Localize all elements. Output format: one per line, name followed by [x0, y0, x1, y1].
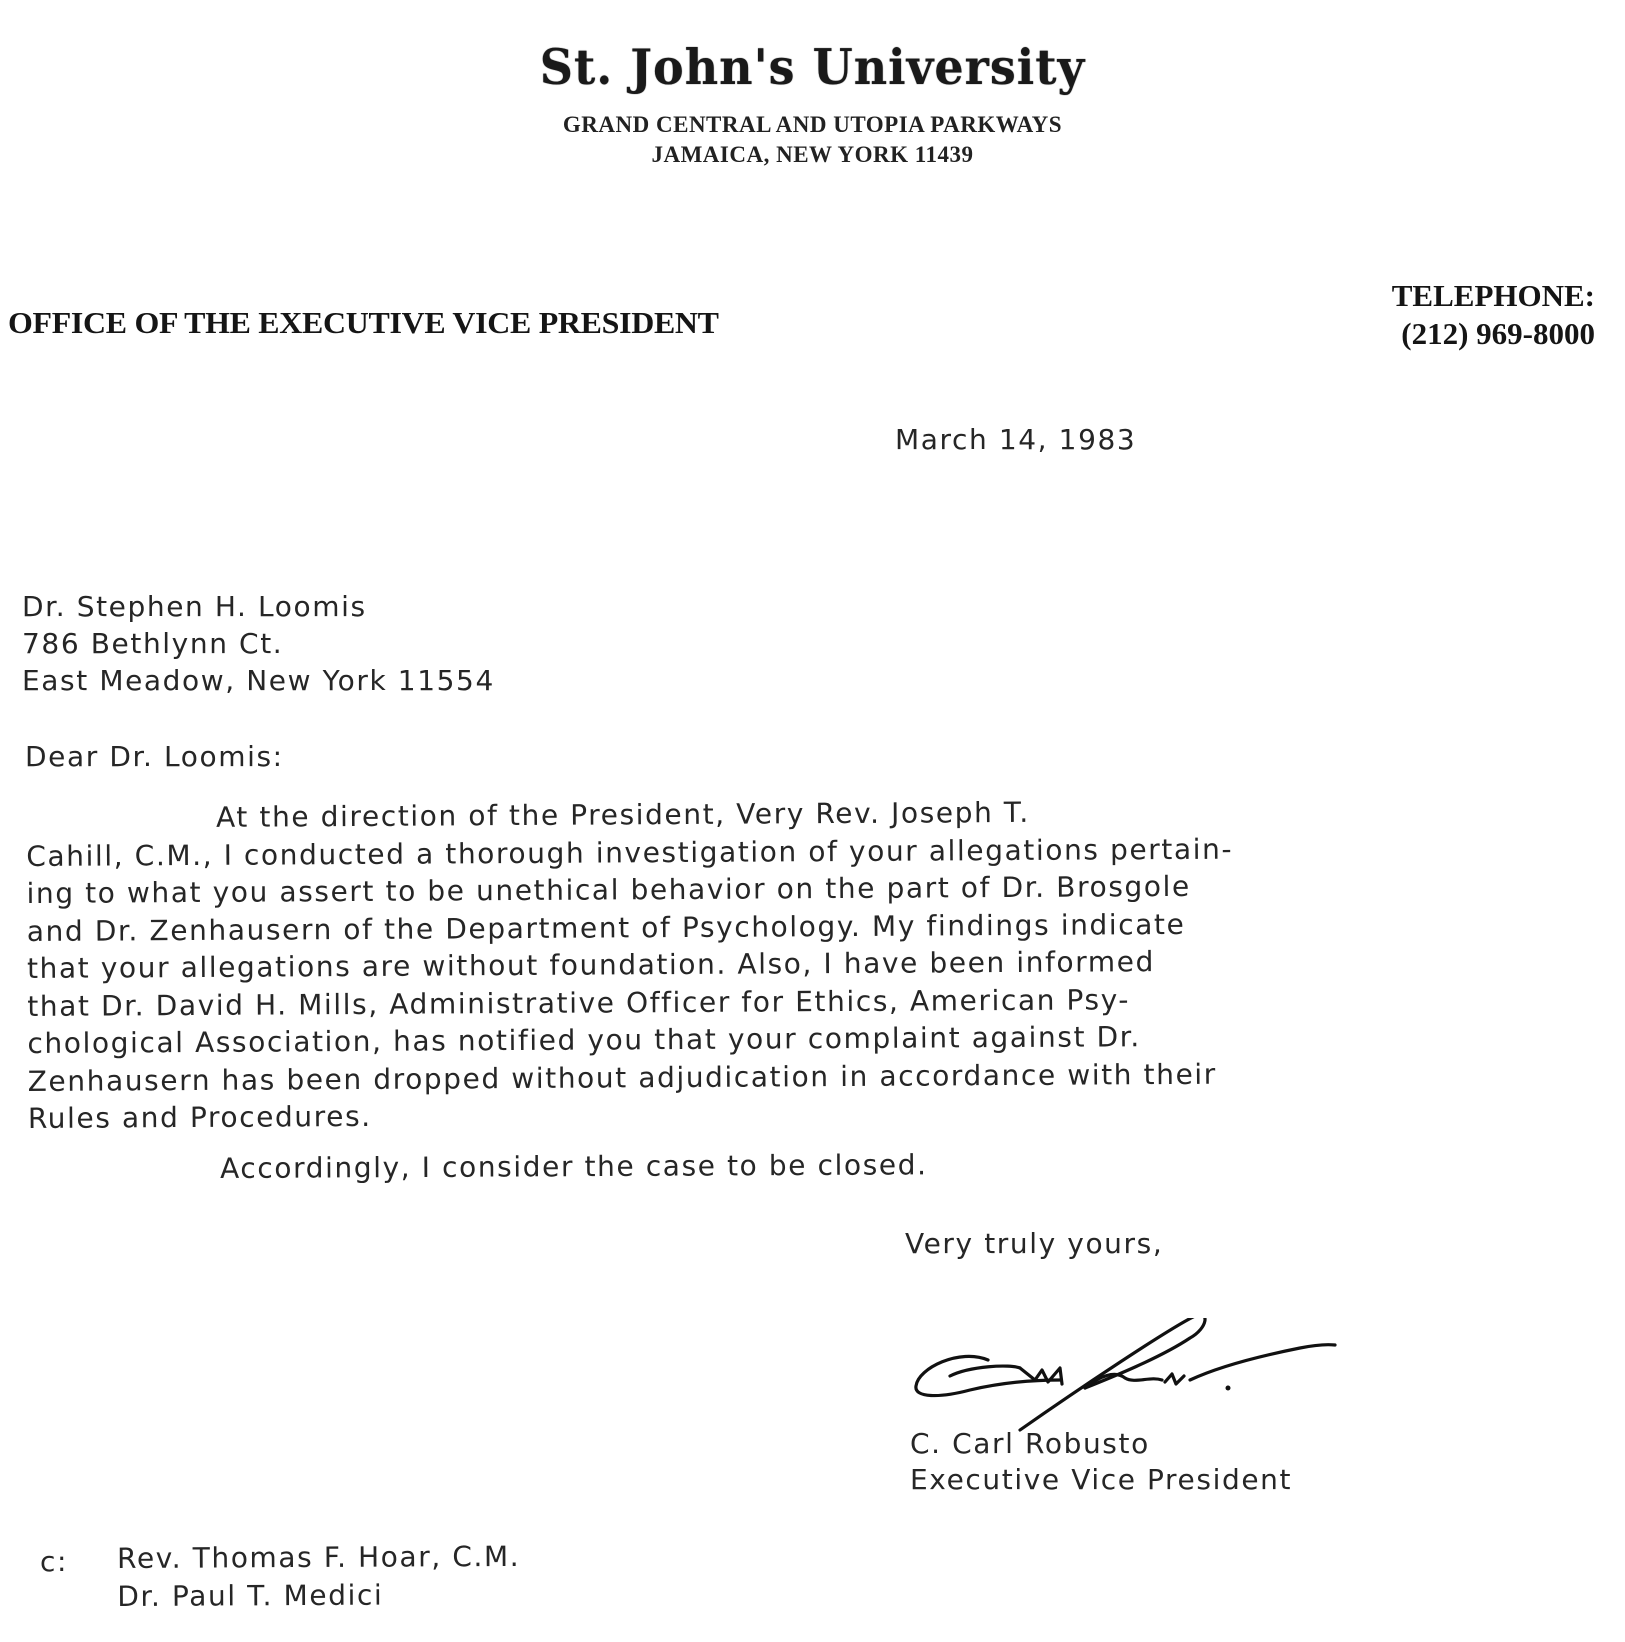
- signer-name: C. Carl Robusto: [910, 1427, 1150, 1460]
- cc-recipient: Dr. Paul T. Medici: [117, 1576, 520, 1616]
- institution-address-line-1: GRAND CENTRAL AND UTOPIA PARKWAYS: [0, 112, 1625, 138]
- telephone-number: (212) 969-8000: [1401, 316, 1595, 352]
- closing-paragraph: Accordingly, I consider the case to be c…: [220, 1148, 928, 1185]
- institution-address-line-2: JAMAICA, NEW YORK 11439: [0, 142, 1625, 168]
- office-heading: OFFICE OF THE EXECUTIVE VICE PRESIDENT: [8, 305, 719, 341]
- cc-recipient: Rev. Thomas F. Hoar, C.M.: [117, 1538, 520, 1578]
- institution-name: St. John's University: [0, 39, 1625, 96]
- recipient-street: 786 Bethlynn Ct.: [22, 625, 495, 662]
- recipient-name: Dr. Stephen H. Loomis: [22, 588, 495, 625]
- valediction: Very truly yours,: [905, 1227, 1163, 1260]
- signer-title: Executive Vice President: [910, 1463, 1292, 1496]
- body-line: Rules and Procedures.: [28, 1091, 1548, 1138]
- salutation: Dear Dr. Loomis:: [25, 740, 284, 773]
- recipient-address: Dr. Stephen H. Loomis 786 Bethlynn Ct. E…: [22, 588, 495, 699]
- body-paragraph: At the direction of the President, Very …: [26, 791, 1548, 1138]
- telephone-label: TELEPHONE:: [1392, 278, 1595, 314]
- cc-label: c:: [40, 1545, 68, 1578]
- recipient-city: East Meadow, New York 11554: [22, 662, 495, 699]
- letter-date: March 14, 1983: [895, 423, 1136, 456]
- cc-recipients: Rev. Thomas F. Hoar, C.M. Dr. Paul T. Me…: [117, 1538, 521, 1616]
